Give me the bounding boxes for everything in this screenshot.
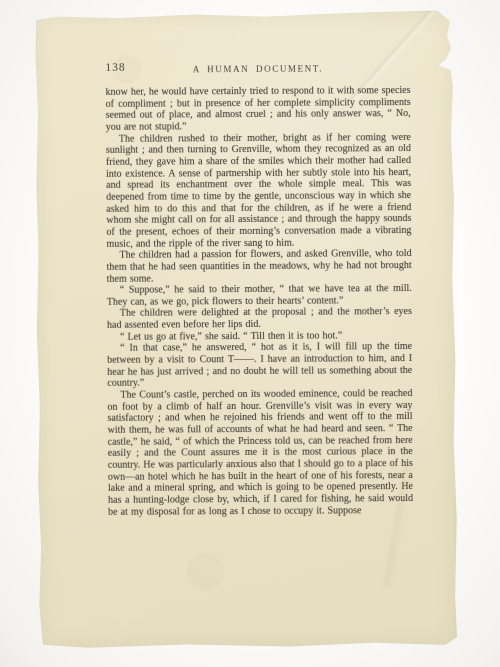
paragraph: know her, he would have certainly tried …	[106, 85, 411, 133]
page-number: 138	[105, 62, 125, 74]
page-content: 138 A HUMAN DOCUMENT. know her, he would…	[105, 60, 413, 518]
page-header: 138 A HUMAN DOCUMENT.	[105, 60, 410, 77]
paragraph: The children had a passion for flowers, …	[107, 248, 412, 285]
paragraph: The children were delighted at the propo…	[107, 306, 412, 331]
paragraph: “ Suppose,” he said to their mother, “ t…	[107, 283, 412, 308]
paragraph: The children rushed to their mother, bri…	[106, 132, 412, 250]
scanned-book-page: 138 A HUMAN DOCUMENT. know her, he would…	[34, 10, 458, 650]
running-title: A HUMAN DOCUMENT.	[105, 60, 410, 74]
page-body: know her, he would have certainly tried …	[106, 85, 414, 518]
paragraph: The Count’s castle, perched on its woode…	[107, 388, 413, 518]
paragraph: “ In that case,” he answered, “ hot as i…	[107, 341, 412, 389]
